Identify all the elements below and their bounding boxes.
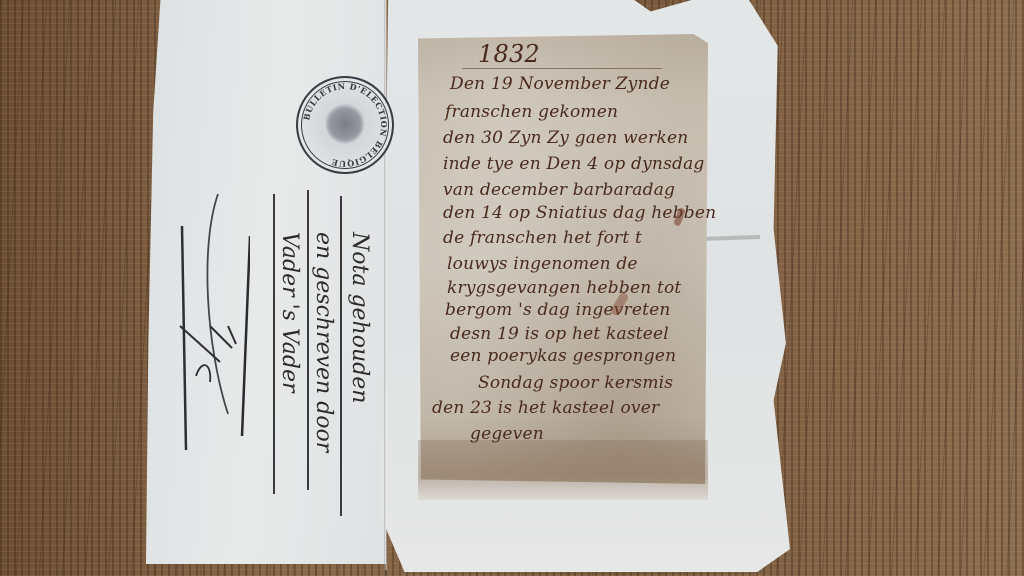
letter-line-11: desn 19 is op het kasteel [450,326,669,343]
letter-line-13: Sondag spoor kersmis [478,375,673,392]
ruled-line [340,196,342,516]
year-underline [462,68,662,69]
letter-line-3: den 30 Zyn Zy gaen werken [443,130,688,147]
stamp-text-ring: BULLETIN D'ELECTION BELGIQUE [295,75,395,175]
letter-line-10: bergom 's dag ingevreten [445,302,671,319]
letter-line-15: gegeven [470,426,544,443]
letter-line-2: franschen gekomen [445,104,618,121]
flap-note-line-2: en geschreven door [311,232,336,452]
letter-line-7: de franschen het fort t [443,230,642,247]
letter-year: 1832 [478,42,540,66]
letter-line-5: van december barbaradag [443,182,675,199]
svg-text:BELGIQUE: BELGIQUE [328,139,386,171]
svg-text:BULLETIN D'ELECTION: BULLETIN D'ELECTION [299,78,390,144]
flap-note-line-1: Nota gehouden [347,232,372,403]
signature-mark [170,186,250,456]
letter-line-9: krygsgevangen hebben tot [447,280,681,297]
stamp-top-text: BULLETIN D'ELECTION [299,78,390,144]
letter-line-14: den 23 is het kasteel over [432,400,659,417]
ruled-line [307,190,309,490]
election-stamp: BULLETIN D'ELECTION BELGIQUE [293,73,398,178]
ruled-line [273,194,275,494]
letter-line-4: inde tye en Den 4 op dynsdag [443,156,705,173]
letter-line-8: louwys ingenomen de [447,256,638,273]
flap-note-line-3: Vader 's Vader [277,232,302,393]
letter-line-12: een poerykas gesprongen [450,348,676,365]
stamp-country-text: BELGIQUE [328,139,386,171]
photo-scene: BULLETIN D'ELECTION BELGIQUE Nota gehoud… [0,0,1024,576]
letter-line-1: Den 19 November Zynde [450,76,670,93]
letter-stain [418,440,708,500]
